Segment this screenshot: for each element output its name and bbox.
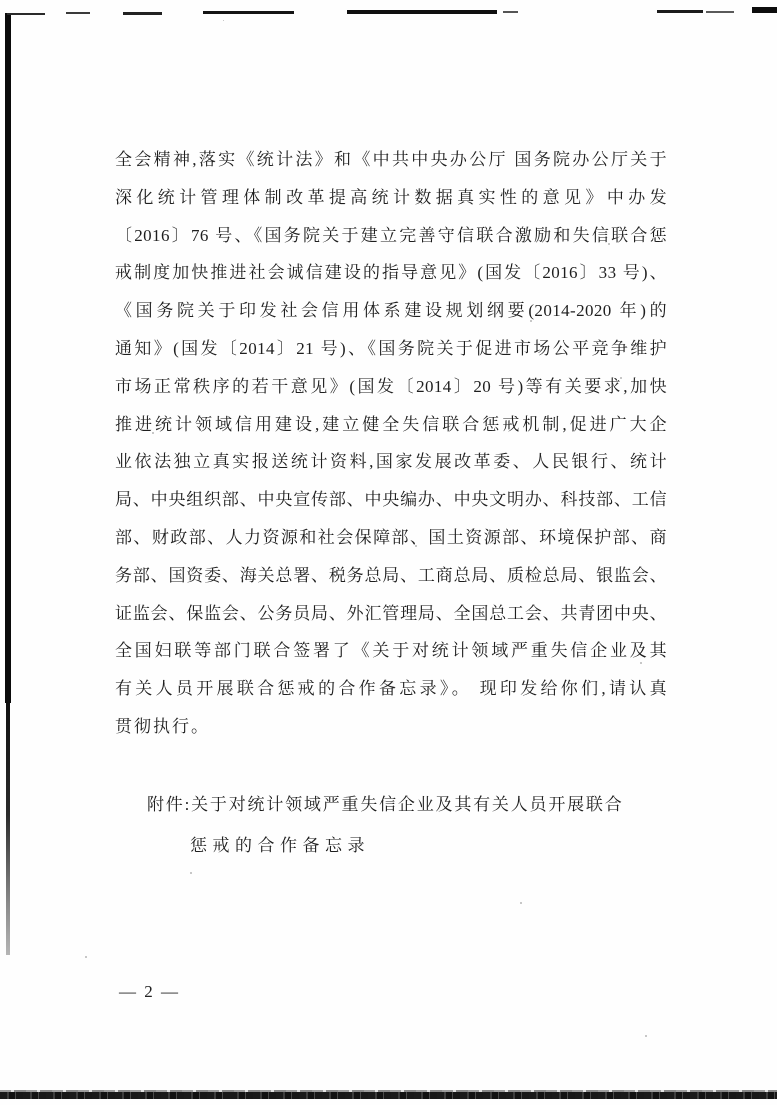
scan-edge-top-segment bbox=[123, 12, 162, 15]
scan-speck bbox=[190, 872, 192, 874]
body-line: 〔2016〕76 号、《国务院关于建立完善守信联合激励和失信联合惩 bbox=[115, 217, 667, 255]
scan-speck bbox=[520, 902, 522, 904]
scan-speck bbox=[645, 1035, 647, 1037]
body-line: 全会精神,落实《统计法》和《中共中央办公厅 国务院办公厅关于 bbox=[115, 141, 667, 179]
scan-edge-left-strip bbox=[5, 13, 11, 703]
scan-speck bbox=[608, 243, 610, 245]
attachment-line-1: 附件:关于对统计领域严重失信企业及其有关人员开展联合 bbox=[147, 786, 624, 824]
scan-speck bbox=[152, 432, 154, 434]
body-line: 有关人员开展联合惩戒的合作备忘录》。 现印发给你们,请认真 bbox=[115, 670, 667, 708]
scan-speck bbox=[223, 20, 224, 21]
scan-edge-bottom-band bbox=[0, 1092, 777, 1099]
scan-edge-top-segment bbox=[7, 13, 45, 15]
body-line: 业依法独立真实报送统计资料,国家发展改革委、人民银行、统计 bbox=[115, 443, 667, 481]
scanned-document-page: 全会精神,落实《统计法》和《中共中央办公厅 国务院办公厅关于 深化统计管理体制改… bbox=[0, 0, 777, 1105]
scan-edge-left-strip-fade bbox=[6, 700, 10, 955]
scan-speck bbox=[298, 682, 301, 685]
body-line: 部、财政部、人力资源和社会保障部、国土资源部、环境保护部、商 bbox=[115, 519, 667, 557]
scan-speck bbox=[620, 377, 622, 379]
scan-edge-top-segment bbox=[347, 10, 497, 14]
body-line: 深化统计管理体制改革提高统计数据真实性的意见》中办发 bbox=[115, 179, 667, 217]
scan-speck bbox=[640, 662, 642, 664]
scan-edge-top-segment bbox=[503, 11, 518, 13]
body-line: 《国务院关于印发社会信用体系建设规划纲要(2014-2020 年)的 bbox=[115, 292, 667, 330]
body-line: 通知》(国发〔2014〕21 号)、《国务院关于促进市场公平竞争维护 bbox=[115, 330, 667, 368]
body-line: 贯彻执行。 bbox=[115, 708, 667, 746]
body-line: 全国妇联等部门联合签署了《关于对统计领域严重失信企业及其 bbox=[115, 632, 667, 670]
body-line: 戒制度加快推进社会诚信建设的指导意见》(国发〔2016〕33 号)、 bbox=[115, 254, 667, 292]
scan-speck bbox=[85, 956, 87, 958]
scan-speck bbox=[530, 320, 532, 322]
scan-edge-top-segment bbox=[706, 11, 734, 13]
body-line: 局、中央组织部、中央宣传部、中央编办、中央文明办、科技部、工信 bbox=[115, 481, 667, 519]
scan-edge-top-segment bbox=[203, 11, 294, 14]
body-line: 务部、国资委、海关总署、税务总局、工商总局、质检总局、银监会、 bbox=[115, 557, 667, 595]
body-line: 市场正常秩序的若干意见》(国发〔2014〕20 号)等有关要求,加快 bbox=[115, 368, 667, 406]
attachment-line-2: 惩戒的合作备忘录 bbox=[190, 827, 624, 865]
scan-speck bbox=[585, 612, 587, 614]
scan-edge-top-segment bbox=[66, 12, 90, 14]
attachment-note: 附件:关于对统计领域严重失信企业及其有关人员开展联合 惩戒的合作备忘录 bbox=[147, 786, 624, 865]
document-body: 全会精神,落实《统计法》和《中共中央办公厅 国务院办公厅关于 深化统计管理体制改… bbox=[115, 141, 667, 746]
body-line: 推进统计领域信用建设,建立健全失信联合惩戒机制,促进广大企 bbox=[115, 406, 667, 444]
scan-edge-top-segment bbox=[657, 10, 703, 13]
scan-speck bbox=[415, 545, 417, 547]
scan-edge-top-segment bbox=[752, 7, 777, 13]
page-number: — 2 — bbox=[119, 980, 180, 1004]
